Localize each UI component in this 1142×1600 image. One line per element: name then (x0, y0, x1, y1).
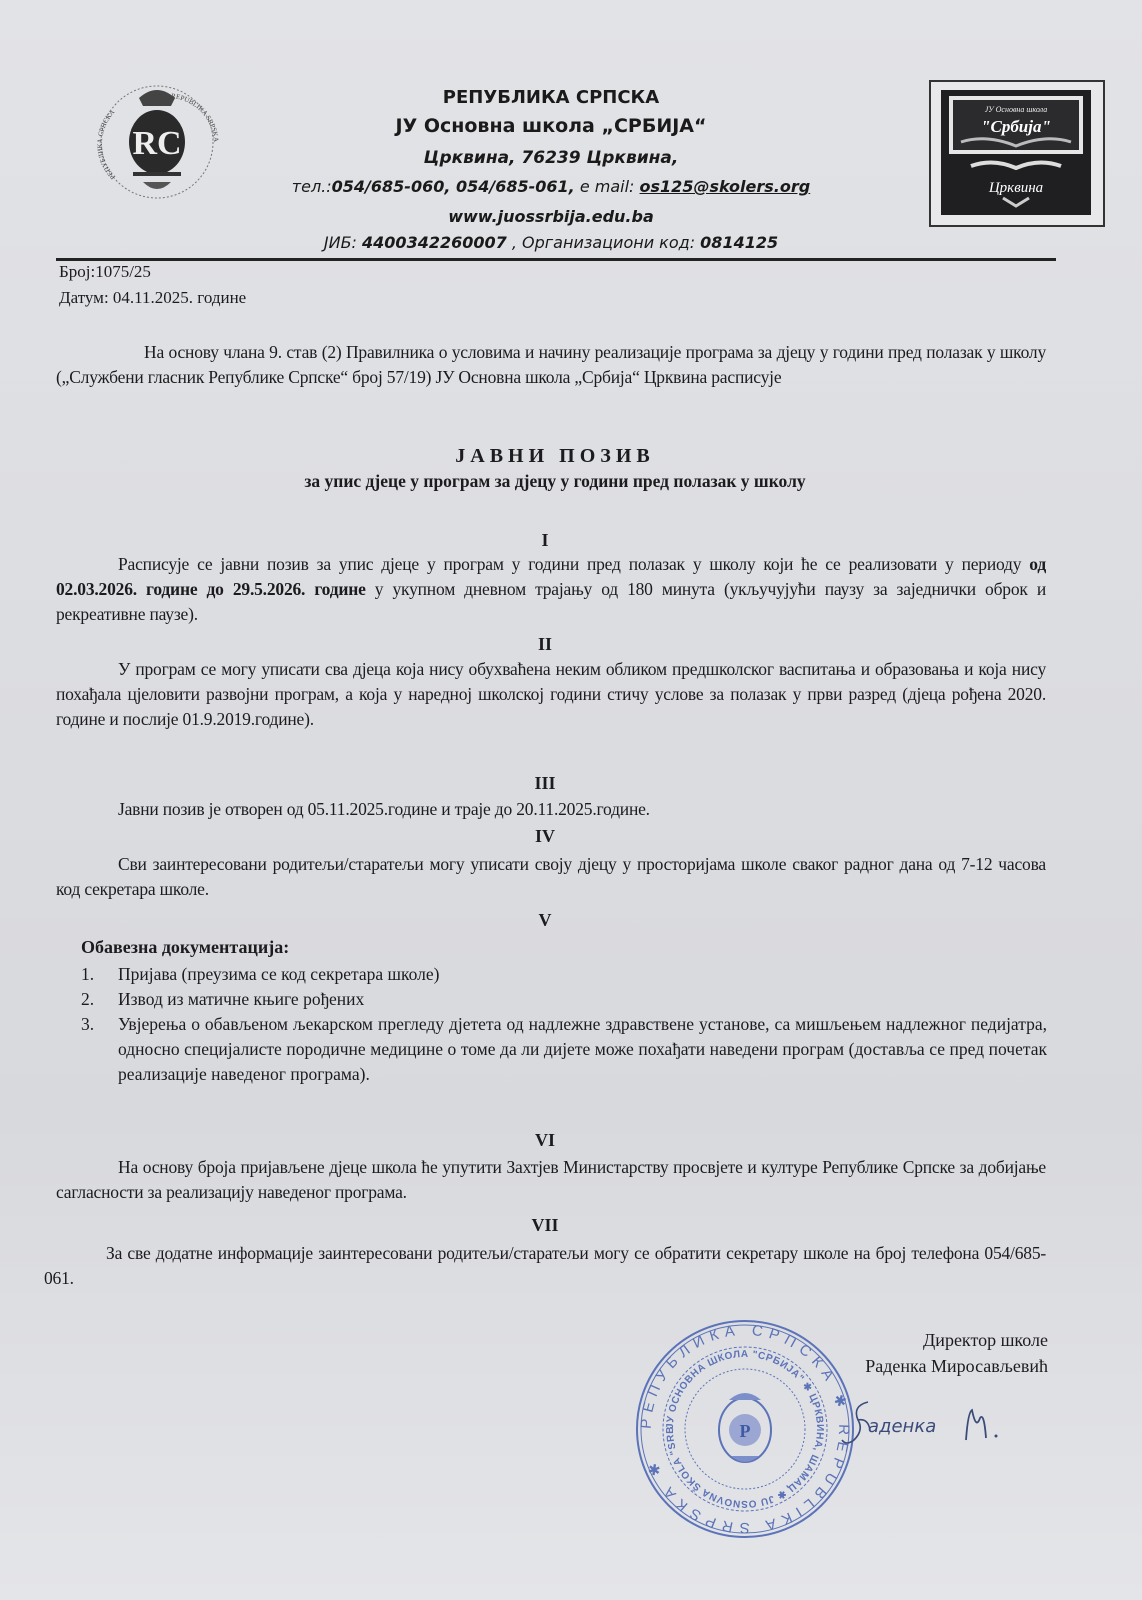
svg-text:адeнка: адeнка (868, 1416, 936, 1437)
list-item-number: 2. (81, 987, 94, 1012)
section-numeral-5: V (0, 910, 1090, 931)
list-item: 1.Пријава (преузима се код секретара шко… (81, 962, 1047, 987)
section-4-text: Сви заинтересовани родитељи/старатељи мо… (56, 852, 1046, 902)
document-number: Број:1075/25 (59, 262, 151, 282)
signatory-name: Раденка Миросављевић (865, 1356, 1048, 1377)
section-numeral-2: II (0, 634, 1090, 655)
section-numeral-3: III (0, 773, 1090, 794)
jib-value: 4400342260007 (362, 233, 507, 252)
section-6-text: На основу броја пријављене дјеце школа ћ… (56, 1155, 1046, 1205)
header-ids: ЈИБ: 4400342260007 , Организациони код: … (0, 233, 1122, 252)
section-7-text: За све додатне информације заинтересован… (44, 1241, 1046, 1291)
document-title: ЈАВНИ ПОЗИВ (0, 445, 1110, 468)
list-item-number: 3. (81, 1012, 94, 1037)
signatory-role: Директор школе (923, 1330, 1048, 1351)
official-stamp-icon: РЕПУБЛИКА СРПСКА ✱ REPUBLIKA SRPSKA ✱ ЈУ… (634, 1318, 856, 1540)
section-2-text: У програм се могу уписати сва дјеца која… (56, 657, 1046, 732)
tel-label: тел.: (292, 177, 332, 196)
org-code-label: , Организациони код: (507, 233, 700, 252)
list-item: 2.Извод из матичне књиге рођених (81, 987, 1047, 1012)
jib-label: ЈИБ: (324, 233, 362, 252)
list-item-text: Извод из матичне књиге рођених (118, 989, 364, 1009)
svg-text:"Србија": "Србија" (981, 117, 1051, 136)
phone-numbers: 054/685-060, 054/685-061, (332, 177, 575, 196)
list-item-text: Пријава (преузима се код секретара школе… (118, 964, 439, 984)
svg-text:ЈУ Основна школа: ЈУ Основна школа (985, 105, 1048, 114)
section-numeral-4: IV (0, 826, 1090, 847)
section-3-text: Јавни позив је отворен од 05.11.2025.год… (56, 797, 1046, 822)
section-1-text-start: Расписује се јавни позив за упис дјеце у… (118, 554, 1029, 574)
school-logo-icon: ЈУ Основна школа "Србија" Црквина (929, 80, 1105, 227)
list-item: 3.Увјерења о обављеном љекарском преглед… (81, 1012, 1047, 1087)
section-numeral-6: VI (0, 1130, 1090, 1151)
svg-text:Црквина: Црквина (988, 180, 1043, 196)
email-link[interactable]: os125@skolers.org (640, 177, 811, 196)
list-item-text: Увјерења о обављеном љекарском прегледу … (118, 1014, 1047, 1084)
header-divider (56, 258, 1056, 261)
handwritten-signature-icon: адeнка (838, 1390, 1028, 1460)
svg-text:P: P (740, 1421, 751, 1441)
email-label: e mail: (575, 177, 640, 196)
section-numeral-7: VII (0, 1215, 1090, 1236)
document-date: Датум: 04.11.2025. године (59, 288, 246, 308)
intro-paragraph: На основу члана 9. став (2) Правилника о… (56, 340, 1046, 390)
section-numeral-1: I (0, 530, 1090, 551)
required-documents-heading: Обавезна документација: (81, 937, 289, 958)
required-documents-list: 1.Пријава (преузима се код секретара шко… (81, 962, 1047, 1087)
org-code-value: 0814125 (700, 233, 778, 252)
section-1-text: Расписује се јавни позив за упис дјеце у… (56, 552, 1046, 627)
document-subtitle: за упис дјеце у програм за дјецу у годин… (0, 471, 1110, 492)
list-item-number: 1. (81, 962, 94, 987)
